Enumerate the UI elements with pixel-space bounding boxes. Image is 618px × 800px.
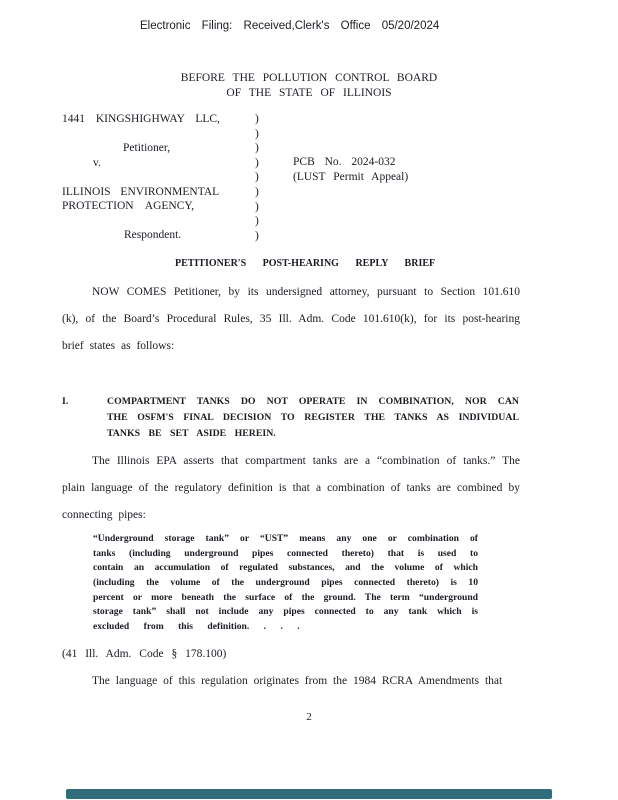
case-number: PCB No. 2024-032	[293, 156, 396, 168]
page-number: 2	[0, 711, 618, 723]
document-page: Electronic Filing: Received,Clerk's Offi…	[0, 0, 618, 800]
caption-paren: )	[255, 141, 259, 156]
court-title-line2: OF THE STATE OF ILLINOIS	[0, 86, 618, 101]
quote-line: (including the volume of the underground…	[93, 576, 478, 591]
section-1-heading-line: TANKS BE SET ASIDE HEREIN.	[107, 426, 519, 442]
versus-label: v.	[93, 157, 101, 169]
caption-paren: )	[255, 112, 259, 127]
quote-line: tanks (including underground pipes conne…	[93, 547, 478, 562]
court-title-line1: BEFORE THE POLLUTION CONTROL BOARD	[0, 71, 618, 86]
closing-paragraph: The language of this regulation originat…	[62, 668, 520, 695]
respondent-name-line2: PROTECTION AGENCY,	[62, 200, 194, 212]
caption-paren: )	[255, 200, 259, 215]
court-title: BEFORE THE POLLUTION CONTROL BOARD OF TH…	[0, 71, 618, 101]
efiling-stamp: Electronic Filing: Received,Clerk's Offi…	[140, 20, 439, 32]
respondent-name-line1: ILLINOIS ENVIRONMENTAL	[62, 186, 219, 198]
caption-paren: )	[255, 185, 259, 200]
petitioner-role: Petitioner,	[123, 142, 170, 154]
caption-paren: )	[255, 170, 259, 185]
intro-paragraph: NOW COMES Petitioner, by its undersigned…	[62, 279, 520, 361]
quote-line: contain an accumulation of regulated sub…	[93, 561, 478, 576]
regulation-block-quote: “Underground storage tank” or “UST” mean…	[93, 532, 478, 635]
section-1-number: I.	[62, 394, 68, 410]
section-1-heading-line: THE OSFM'S FINAL DECISION TO REGISTER TH…	[107, 410, 519, 426]
quote-line: “Underground storage tank” or “UST” mean…	[93, 532, 478, 547]
brief-title: PETITIONER'S POST-HEARING REPLY BRIEF	[175, 258, 435, 269]
quote-line: storage tank” shall not include any pipe…	[93, 605, 478, 620]
respondent-role: Respondent.	[124, 229, 181, 241]
argument-paragraph: The Illinois EPA asserts that compartmen…	[62, 448, 520, 530]
regulation-citation: (41 Ill. Adm. Code § 178.100)	[62, 648, 226, 660]
case-type: (LUST Permit Appeal)	[293, 171, 408, 183]
section-1-heading-line: COMPARTMENT TANKS DO NOT OPERATE IN COMB…	[107, 394, 519, 410]
caption-paren: )	[255, 229, 259, 244]
quote-line: percent or more beneath the surface of t…	[93, 591, 478, 606]
caption-paren: )	[255, 214, 259, 229]
caption-paren-column: ) ) ) ) ) ) ) ) )	[255, 112, 259, 243]
quote-line: excluded from this definition. . . .	[93, 620, 478, 635]
scrollbar-horizontal[interactable]	[66, 789, 552, 799]
caption-paren: )	[255, 156, 259, 171]
caption-paren: )	[255, 127, 259, 142]
petitioner-name: 1441 KINGSHIGHWAY LLC,	[62, 113, 220, 125]
section-1-heading: I. COMPARTMENT TANKS DO NOT OPERATE IN C…	[62, 394, 532, 443]
